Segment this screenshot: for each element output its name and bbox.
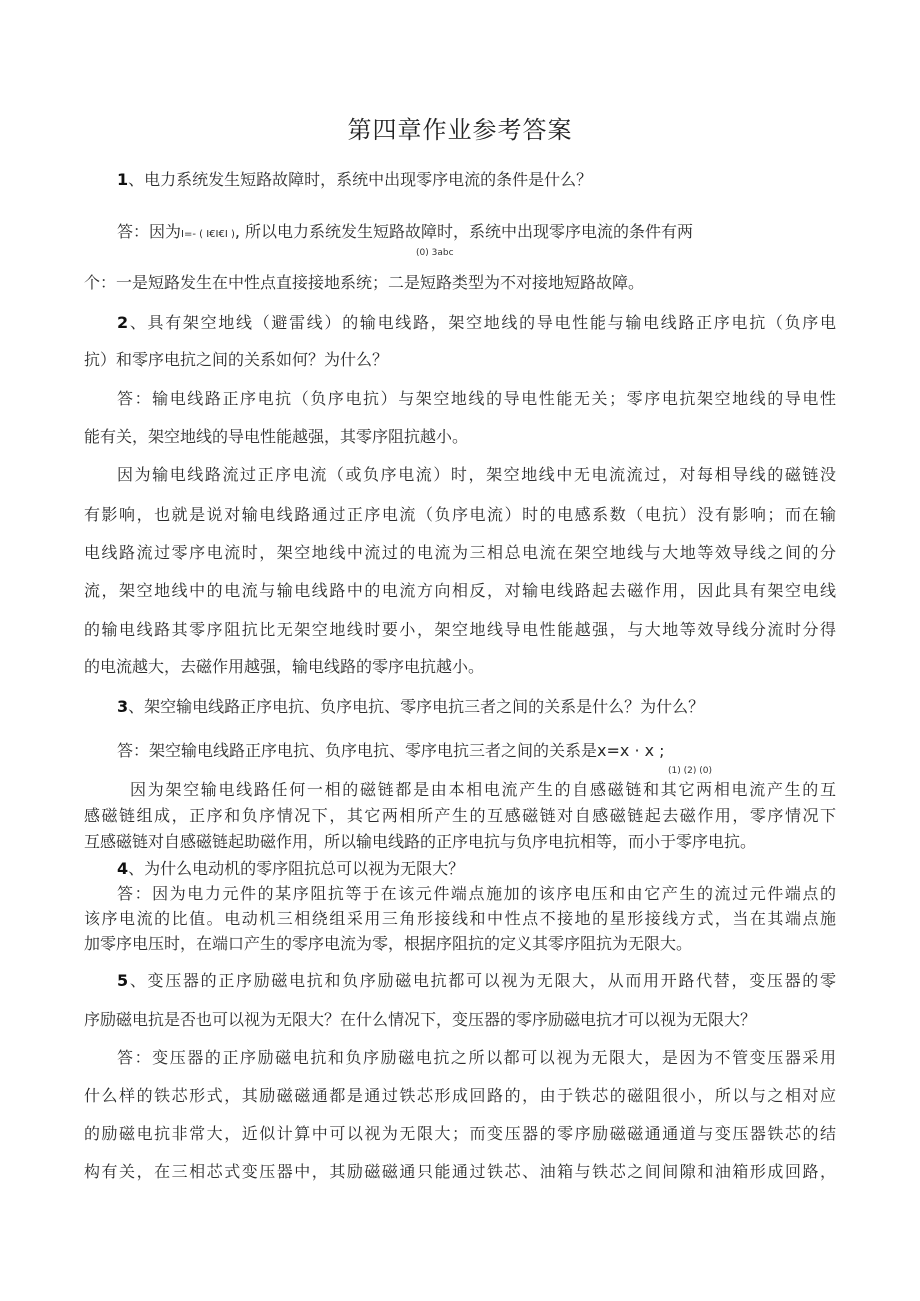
question-number: 1 xyxy=(117,170,128,189)
formula-subscript: (0) 3abc xyxy=(416,248,454,258)
question-5-line-1: 5、变压器的正序励磁电抗和负序励磁电抗都可以视为无限大，从而用开路代替，变压器的… xyxy=(117,971,836,991)
answer-2-line: 有影响，也就是说对输电线路通过正序电流（负序电流）时的电感系数（电抗）没有影响；… xyxy=(84,505,836,525)
question-number: 5 xyxy=(117,971,128,990)
answer-2-line: 因为输电线路流过正序电流（或负序电流）时，架空地线中无电流流过，对每相导线的磁链… xyxy=(117,465,836,485)
answer-2-line: 能有关，架空地线的导电性能越强，其零序阻抗越小。 xyxy=(84,427,836,447)
answer-1-line-2: 个：一是短路发生在中性点直接接地系统；二是短路类型为不对接地短路故障。 xyxy=(84,273,836,293)
answer-5-line: 构有关，在三相芯式变压器中，其励磁磁通只能通过铁芯、油箱与铁芯之间间隙和油箱形成… xyxy=(84,1162,836,1182)
answer-2-line: 的电流越大，去磁作用越强，输电线路的零序电抗越小。 xyxy=(84,657,836,677)
question-number: 3 xyxy=(117,697,128,716)
zero-sequence-current-formula: I=- ( I€I€I ) xyxy=(181,229,235,240)
answer-4-line: 答：因为电力元件的某序阻抗等于在该元件端点施加的该序电压和由它产生的流过元件端点… xyxy=(117,884,836,904)
answer-5-line: 什么样的铁芯形式，其励磁磁通都是通过铁芯形成回路的，由于铁芯的磁阻很小，所以与之… xyxy=(84,1086,836,1106)
question-number: 4 xyxy=(117,859,128,878)
answer-3-line-1: 答：架空输电线路正序电抗、负序电抗、零序电抗三者之间的关系是x=x · x ; xyxy=(117,741,836,761)
answer-5-line: 的励磁电抗非常大，近似计算中可以视为无限大；而变压器的零序励磁磁通通道与变压器铁… xyxy=(84,1124,836,1144)
question-5-line-2: 序励磁电抗是否也可以视为无限大？在什么情况下，变压器的零序励磁电抗才可以视为无限… xyxy=(84,1010,836,1030)
question-text: 、电力系统发生短路故障时，系统中出现零序电流的条件是什么？ xyxy=(128,170,592,189)
page-title: 第四章作业参考答案 xyxy=(0,110,920,145)
question-2-line-1: 2、具有架空地线（避雷线）的输电线路，架空地线的导电性能与输电线路正序电抗（负序… xyxy=(117,313,836,333)
answer-2-line: 电线路流过零序电流时，架空地线中流过的电流为三相总电流在架空地线与大地等效导线之… xyxy=(84,543,836,563)
question-4: 4、为什么电动机的零序阻抗总可以视为无限大？ xyxy=(117,859,836,879)
answer-1-line-1: 答：因为I=- ( I€I€I ), 所以电力系统发生短路故障时，系统中出现零序… xyxy=(117,222,836,245)
answer-2-line: 的输电线路其零序阻抗比无架空地线时要小，架空地线导电性能越强，与大地等效导线分流… xyxy=(84,620,836,640)
answer-3-line: 互感磁链对自感磁链起助磁作用，所以输电线路的正序电抗与负序电抗相等，而小于零序电… xyxy=(84,832,836,852)
answer-5-line: 答：变压器的正序励磁电抗和负序励磁电抗之所以都可以视为无限大，是因为不管变压器采… xyxy=(117,1048,836,1068)
answer-2-line: 答：输电线路正序电抗（负序电抗）与架空地线的导电性能无关；零序电抗架空地线的导电… xyxy=(117,389,836,409)
answer-3-line: 因为架空输电线路任何一相的磁链都是由本相电流产生的自感磁链和其它两相电流产生的互 xyxy=(130,780,836,800)
question-3: 3、架空输电线路正序电抗、负序电抗、零序电抗三者之间的关系是什么？为什么？ xyxy=(117,697,836,717)
question-number: 2 xyxy=(117,313,128,332)
answer-3-line: 感磁链组成，正序和负序情况下，其它两相所产生的互感磁链对自感磁链起去磁作用，零序… xyxy=(84,806,836,826)
answer-4-line: 加零序电压时，在端口产生的零序电流为零，根据序阻抗的定义其零序阻抗为无限大。 xyxy=(84,934,836,954)
answer-4-line: 该序电流的比值。电动机三相绕组采用三角形接线和中性点不接地的星形接线方式，当在其… xyxy=(84,909,836,929)
formula-subscript: (1) (2) (0) xyxy=(668,766,712,776)
question-1: 1、电力系统发生短路故障时，系统中出现零序电流的条件是什么？ xyxy=(117,170,836,190)
answer-2-line: 流，架空地线中的电流与输电线路中的电流方向相反，对输电线路起去磁作用，因此具有架… xyxy=(84,581,836,601)
reactance-relation-formula: x=x · x ; xyxy=(597,741,665,760)
question-2-line-2: 抗）和零序电抗之间的关系如何？为什么？ xyxy=(84,350,836,370)
